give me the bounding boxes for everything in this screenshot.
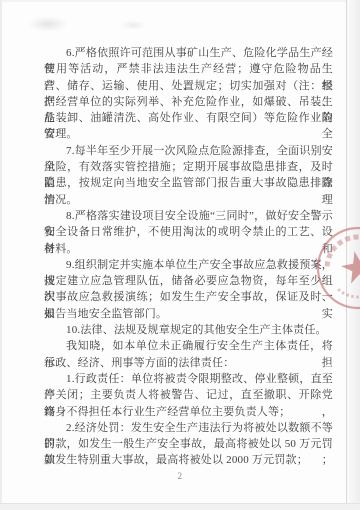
text-line: 6.严格依照许可范围从事矿山生产、危险化学品生产经营 — [44, 45, 333, 61]
text-line: 规定建立应急管理队伍，储备必要应急物资，每年至少组织一 — [44, 273, 333, 289]
seal-star-icon — [339, 248, 360, 285]
text-line: 次事故应急救援演练；如发生生产安全事故，保证及时、如实 — [44, 289, 333, 305]
text-line: 使用等活动，严禁非法违法生产经营；遵守危险物品生产、经 — [44, 61, 333, 77]
text-line: 营、储存、运输、使用、处置规定；切实加强对（注：根据生 — [44, 78, 333, 94]
scan-edge-bottom — [0, 503, 360, 510]
text-line: 8.严格落实建设项目安全设施“三同时”，做好安全警示和 — [44, 208, 333, 224]
text-line: 风险，有效落实管控措施；定期开展事故隐患排查，及时消除 — [44, 159, 333, 175]
text-line: 2.经济处罚：发生安全生产违法行为将被处以数额不等的 — [44, 420, 333, 436]
text-line: 产经营单位的实际列举、补充危险作业，如爆破、吊装、危险 — [44, 94, 333, 110]
scan-edge-left — [0, 0, 2, 510]
scan-edge-top — [0, 0, 360, 2]
text-line: 隐患，按规定向当地安全监管部门报告重大事故隐患排查治理 — [44, 175, 333, 191]
text-line: 7.每半年至少开展一次风险点危险源排查，全面识别安全 — [44, 143, 333, 159]
text-line: 终身不得担任本行业生产经营单位主要负责人等； — [44, 404, 333, 420]
scanned-page: 6.严格依照许可范围从事矿山生产、危险化学品生产经营使用等活动，严禁非法违法生产… — [0, 0, 360, 510]
official-red-seal-icon — [300, 212, 360, 332]
document-body: 6.严格依照许可范围从事矿山生产、危险化学品生产经营使用等活动，严禁非法违法生产… — [44, 45, 333, 469]
page-number: 2 — [0, 471, 360, 481]
scan-smudge — [120, 20, 146, 30]
text-line: 如发生特别重大事故，最高将被处以 2000 万元罚款； — [44, 452, 333, 468]
text-line: 产关闭；主要负责人将被警告、记过，直至撤职、开除党籍， — [44, 387, 333, 403]
text-line: 罚款，如发生一般生产安全事故，最高将被处以 50 万元罚款； — [44, 436, 333, 452]
text-line: 9.组织制定并实施本单位生产安全事故应急救援预案，按 — [44, 257, 333, 273]
text-line: 安全设备日常维护，不使用淘汰的或明令禁止的工艺、设备和 — [44, 224, 333, 240]
text-line: 品装卸、油罐清洗、高处作业、有限空间）等危险作业的安全 — [44, 110, 333, 126]
text-line: 1.行政责任：单位将被责令限期整改、停业整顿，直至停 — [44, 371, 333, 387]
scan-smudge — [28, 16, 68, 32]
text-line: 我知晓，如本单位未正确履行安全生产主体责任，将承担 — [44, 338, 333, 354]
text-line: 10.法律、法规及规章规定的其他安全生产主体责任。 — [44, 322, 333, 338]
